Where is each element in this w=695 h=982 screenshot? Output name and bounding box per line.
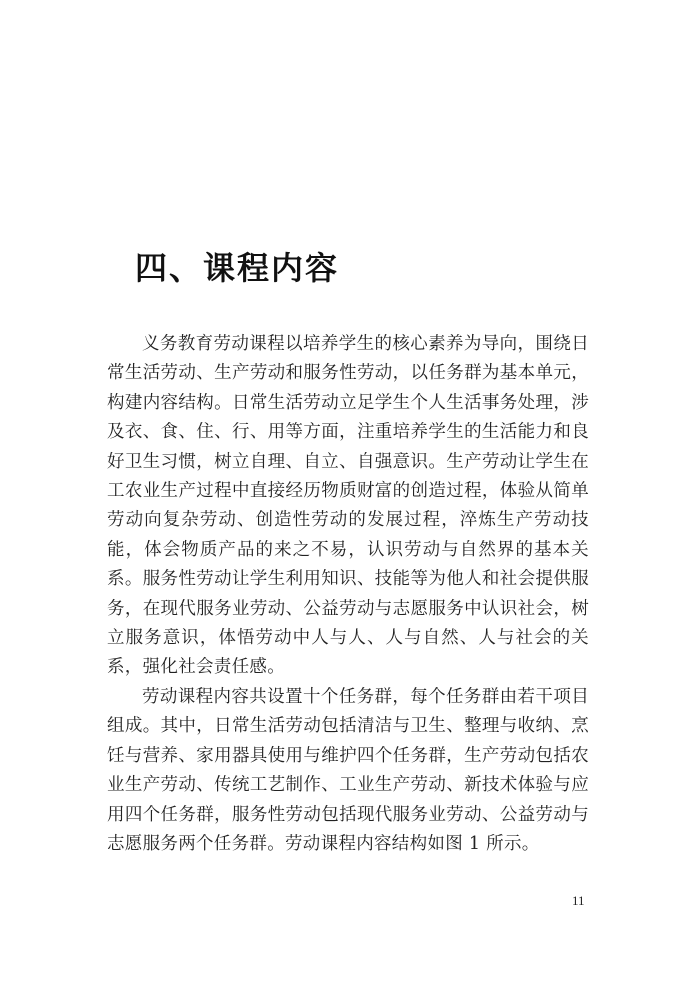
section-title: 四、课程内容	[135, 243, 339, 289]
page-number: 11	[572, 893, 585, 909]
paragraph-2: 劳动课程内容共设置十个任务群，每个任务群由若干项目组成。其中，日常生活劳动包括清…	[107, 683, 589, 859]
paragraph-1: 义务教育劳动课程以培养学生的核心素养为导向，围绕日常生活劳动、生产劳动和服务性劳…	[107, 330, 589, 683]
document-page: 四、课程内容 义务教育劳动课程以培养学生的核心素养为导向，围绕日常生活劳动、生产…	[0, 0, 695, 982]
section-body: 义务教育劳动课程以培养学生的核心素养为导向，围绕日常生活劳动、生产劳动和服务性劳…	[107, 330, 589, 859]
